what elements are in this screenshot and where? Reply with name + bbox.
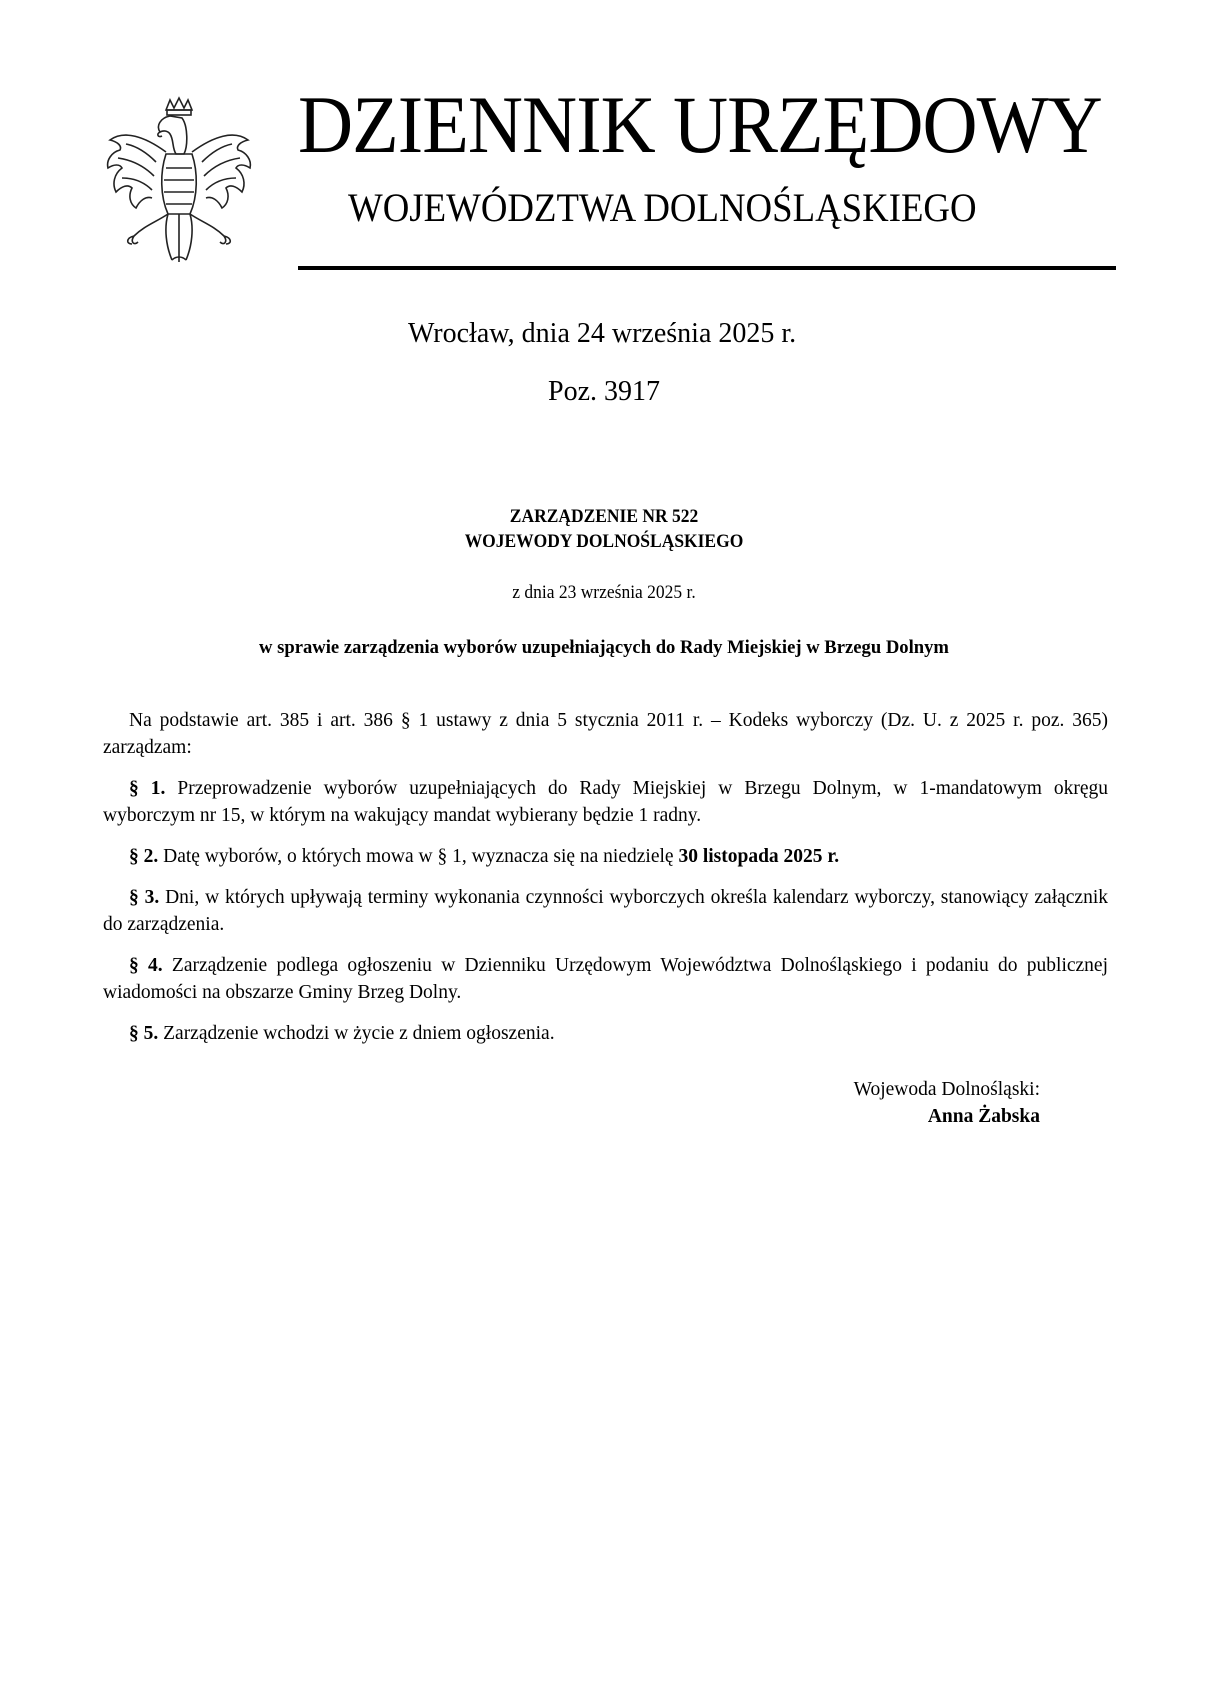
act-subject: w sprawie zarządzenia wyborów uzupełniaj… (12, 637, 1196, 659)
section-text: Datę wyborów, o których mowa w § 1, wyzn… (158, 846, 678, 867)
publication-place-date: Wrocław, dnia 24 września 2025 r. (408, 318, 796, 350)
act-title-line-1: ZARZĄDZENIE NR 522 (48, 504, 1159, 529)
signatory-role: Wojewoda Dolnośląski: (800, 1076, 1040, 1103)
section-4: § 4. Zarządzenie podlega ogłoszeniu w Dz… (103, 952, 1108, 1006)
section-text: Przeprowadzenie wyborów uzupełniających … (103, 778, 1108, 826)
section-2: § 2. Datę wyborów, o których mowa w § 1,… (103, 843, 1108, 870)
section-label: § 5. (129, 1023, 158, 1044)
journal-subtitle: WOJEWÓDZTWA DOLNOŚLĄSKIEGO (348, 188, 1047, 228)
section-label: § 1. (129, 778, 165, 799)
journal-title: DZIENNIK URZĘDOWY (298, 84, 1098, 166)
polish-eagle-emblem-icon (104, 96, 254, 264)
section-label: § 3. (129, 887, 159, 908)
preamble: Na podstawie art. 385 i art. 386 § 1 ust… (103, 707, 1108, 761)
section-label: § 2. (129, 846, 158, 867)
document-page: DZIENNIK URZĘDOWY WOJEWÓDZTWA DOLNOŚLĄSK… (0, 0, 1208, 1708)
act-body: Na podstawie art. 385 i art. 386 § 1 ust… (103, 707, 1108, 1061)
act-date: z dnia 23 września 2025 r. (48, 582, 1159, 604)
masthead-divider (298, 266, 1116, 270)
section-text: Zarządzenie podlega ogłoszeniu w Dzienni… (103, 955, 1108, 1003)
signature-block: Wojewoda Dolnośląski: Anna Żabska (800, 1076, 1040, 1130)
section-text: Dni, w których upływają terminy wykonani… (103, 887, 1108, 935)
signatory-name: Anna Żabska (800, 1103, 1040, 1130)
publication-position: Poz. 3917 (548, 376, 660, 408)
section-3: § 3. Dni, w których upływają terminy wyk… (103, 884, 1108, 938)
act-title-line-2: WOJEWODY DOLNOŚLĄSKIEGO (48, 529, 1159, 554)
section-label: § 4. (129, 955, 163, 976)
election-date: 30 listopada 2025 r. (678, 846, 839, 867)
section-text: Zarządzenie wchodzi w życie z dniem ogło… (158, 1023, 554, 1044)
section-5: § 5. Zarządzenie wchodzi w życie z dniem… (103, 1020, 1108, 1047)
act-title: ZARZĄDZENIE NR 522 WOJEWODY DOLNOŚLĄSKIE… (48, 504, 1159, 554)
section-1: § 1. Przeprowadzenie wyborów uzupełniają… (103, 775, 1108, 829)
